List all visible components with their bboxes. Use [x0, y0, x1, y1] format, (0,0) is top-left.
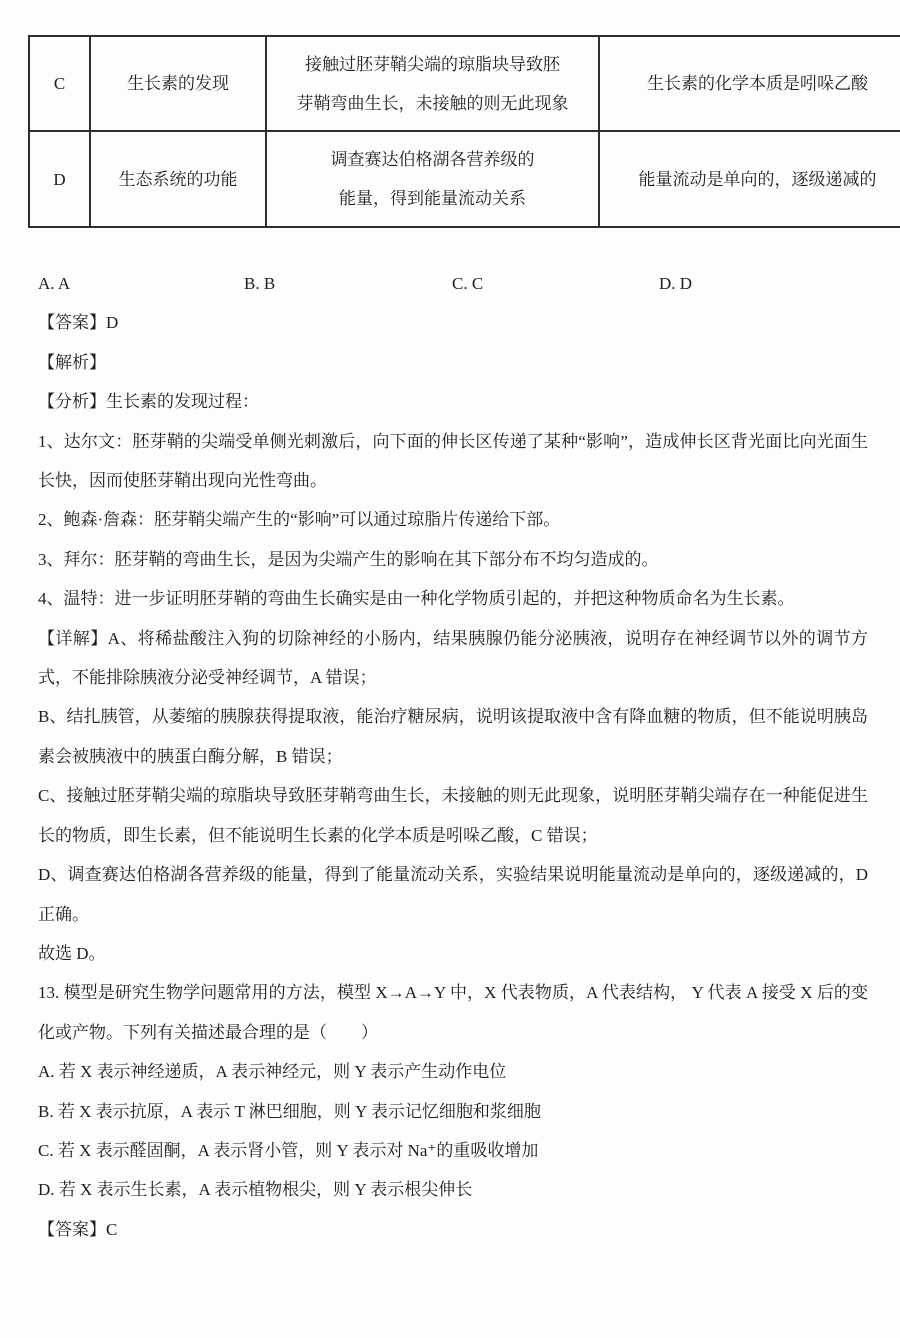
q12-options-row: A. A B. B C. C D. D: [38, 264, 868, 303]
q12-option-c: C. C: [452, 264, 659, 303]
q12-analysis-point-3: 3、拜尔：胚芽鞘的弯曲生长，是因为尖端产生的影响在其下部分布不均匀造成的。: [38, 540, 868, 579]
process-line: 接触过胚芽鞘尖端的琼脂块导致胚: [279, 45, 586, 84]
process-line: 能量，得到能量流动关系: [279, 179, 586, 218]
q13-option-c: C. 若 X 表示醛固酮，A 表示肾小管，则 Y 表示对 Na⁺的重吸收增加: [38, 1131, 868, 1170]
table-cell-topic: 生长素的发现: [90, 36, 266, 131]
q12-final-choice-line: 故选 D。: [38, 934, 868, 973]
question-comparison-table: C 生长素的发现 接触过胚芽鞘尖端的琼脂块导致胚 芽鞘弯曲生长，未接触的则无此现…: [28, 35, 900, 228]
q12-option-b: B. B: [244, 264, 452, 303]
q12-detail-option-c: C、接触过胚芽鞘尖端的琼脂块导致胚芽鞘弯曲生长，未接触的则无此现象，说明胚芽鞘尖…: [38, 776, 868, 855]
q13-option-a: A. 若 X 表示神经递质，A 表示神经元，则 Y 表示产生动作电位: [38, 1052, 868, 1091]
table-cell-option-letter: C: [29, 36, 90, 131]
q12-analysis-intro: 【分析】生长素的发现过程：: [38, 382, 868, 421]
exam-document-page: C 生长素的发现 接触过胚芽鞘尖端的琼脂块导致胚 芽鞘弯曲生长，未接触的则无此现…: [0, 0, 900, 1338]
q13-option-b: B. 若 X 表示抗原，A 表示 T 淋巴细胞，则 Y 表示记忆细胞和浆细胞: [38, 1092, 868, 1131]
q12-detail-option-a: 【详解】A、将稀盐酸注入狗的切除神经的小肠内，结果胰腺仍能分泌胰液，说明存在神经…: [38, 619, 868, 698]
q12-option-d: D. D: [659, 264, 868, 303]
answer-explanation-body: A. A B. B C. C D. D 【答案】D 【解析】 【分析】生长素的发…: [38, 264, 868, 1249]
q12-analysis-point-4: 4、温特：进一步证明胚芽鞘的弯曲生长确实是由一种化学物质引起的，并把这种物质命名…: [38, 579, 868, 618]
q13-answer-line: 【答案】C: [38, 1210, 868, 1249]
table-row: D 生态系统的功能 调查赛达伯格湖各营养级的 能量，得到能量流动关系 能量流动是…: [29, 131, 900, 227]
table-cell-topic: 生态系统的功能: [90, 131, 266, 227]
table-cell-conclusion: 生长素的化学本质是吲哚乙酸: [599, 36, 900, 131]
q12-analysis-point-1: 1、达尔文：胚芽鞘的尖端受单侧光刺激后，向下面的伸长区传递了某种“影响”，造成伸…: [38, 422, 868, 501]
q12-analysis-label: 【解析】: [38, 343, 868, 382]
q13-option-d: D. 若 X 表示生长素，A 表示植物根尖，则 Y 表示根尖伸长: [38, 1170, 868, 1209]
q12-detail-option-d: D、调查赛达伯格湖各营养级的能量，得到了能量流动关系，实验结果说明能量流动是单向…: [38, 855, 868, 934]
table-row: C 生长素的发现 接触过胚芽鞘尖端的琼脂块导致胚 芽鞘弯曲生长，未接触的则无此现…: [29, 36, 900, 131]
process-line: 芽鞘弯曲生长，未接触的则无此现象: [279, 84, 586, 123]
q13-question-stem: 13. 模型是研究生物学问题常用的方法，模型 X→A→Y 中，X 代表物质，A …: [38, 973, 868, 1052]
table-cell-process: 接触过胚芽鞘尖端的琼脂块导致胚 芽鞘弯曲生长，未接触的则无此现象: [266, 36, 599, 131]
q12-answer-line: 【答案】D: [38, 303, 868, 342]
q12-detail-option-b: B、结扎胰管，从萎缩的胰腺获得提取液，能治疗糖尿病，说明该提取液中含有降血糖的物…: [38, 697, 868, 776]
table-cell-conclusion: 能量流动是单向的，逐级递减的: [599, 131, 900, 227]
process-line: 调查赛达伯格湖各营养级的: [279, 140, 586, 179]
q12-analysis-point-2: 2、鲍森·詹森：胚芽鞘尖端产生的“影响”可以通过琼脂片传递给下部。: [38, 500, 868, 539]
table-cell-option-letter: D: [29, 131, 90, 227]
table-cell-process: 调查赛达伯格湖各营养级的 能量，得到能量流动关系: [266, 131, 599, 227]
q12-option-a: A. A: [38, 264, 244, 303]
